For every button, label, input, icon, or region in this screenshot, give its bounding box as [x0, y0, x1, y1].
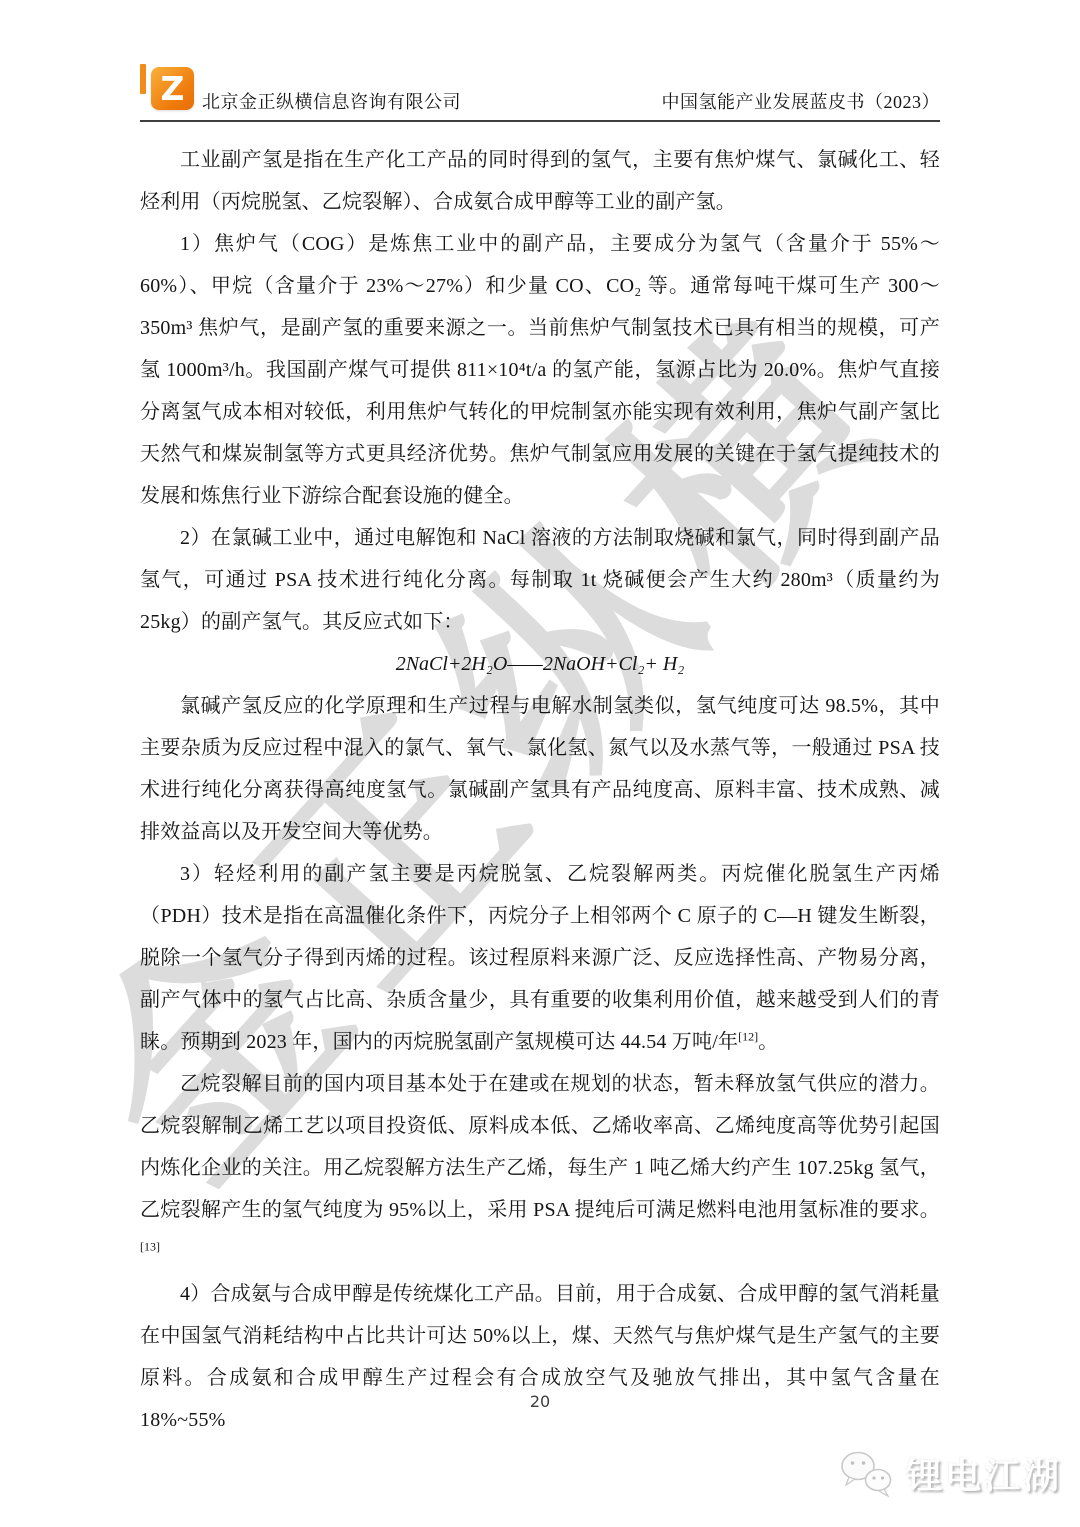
company-name: 北京金正纵横信息咨询有限公司	[202, 88, 461, 116]
paragraph-intro: 工业副产氢是指在生产化工产品的同时得到的氢气，主要有焦炉煤气、氯碱化工、轻烃利用…	[140, 139, 940, 223]
document-title: 中国氢能产业发展蓝皮书（2023）	[662, 88, 941, 116]
paragraph-ethane-cracking-text: 乙烷裂解目前的国内项目基本处于在建或在规划的状态，暂未释放氢气供应的潜力。乙烷裂…	[140, 1073, 940, 1221]
badge-label: 锂电江湖	[906, 1448, 1062, 1499]
company-brand: Z 北京金正纵横信息咨询有限公司	[140, 64, 461, 116]
paragraph-coke-oven-gas: 1）焦炉气（COG）是炼焦工业中的副产品，主要成分为氢气（含量介于 55%～60…	[140, 223, 940, 517]
paragraph-ammonia-methanol: 4）合成氨与合成甲醇是传统煤化工产品。目前，用于合成氨、合成甲醇的氢气消耗量在中…	[140, 1273, 940, 1441]
paragraph-chlor-alkali-hydrogen: 氯碱产氢反应的化学原理和生产过程与电解水制氢类似，氢气纯度可达 98.5%，其中…	[140, 685, 940, 853]
logo-letter: Z	[161, 72, 185, 105]
paragraph-light-hydrocarbon: 3）轻烃利用的副产氢主要是丙烷脱氢、乙烷裂解两类。丙烷催化脱氢生产丙烯（PDH）…	[140, 853, 940, 1063]
page-header: Z 北京金正纵横信息咨询有限公司 中国氢能产业发展蓝皮书（2023）	[140, 64, 940, 122]
document-body: 工业副产氢是指在生产化工产品的同时得到的氢气，主要有焦炉煤气、氯碱化工、轻烃利用…	[140, 139, 940, 1441]
citation-12: [12]	[738, 1029, 758, 1043]
company-logo-icon: Z	[140, 64, 194, 116]
paragraph-ethane-cracking: 乙烷裂解目前的国内项目基本处于在建或在规划的状态，暂未释放氢气供应的潜力。乙烷裂…	[140, 1063, 940, 1273]
page-number: 20	[0, 1392, 1080, 1411]
wechat-icon	[838, 1449, 896, 1499]
chemical-equation: 2NaCl+2H₂O——2NaOH+Cl₂+ H₂	[140, 643, 940, 685]
logo-square-shape: Z	[151, 67, 194, 110]
paragraph-light-hydrocarbon-text: 3）轻烃利用的副产氢主要是丙烷脱氢、乙烷裂解两类。丙烷催化脱氢生产丙烯（PDH）…	[140, 863, 940, 1053]
paragraph-light-hydrocarbon-period: 。	[758, 1031, 778, 1053]
logo-bar-shape	[140, 64, 146, 94]
paragraph-chlor-alkali: 2）在氯碱工业中，通过电解饱和 NaCl 溶液的方法制取烧碱和氯气，同时得到副产…	[140, 517, 940, 643]
citation-13: [13]	[140, 1239, 160, 1253]
wechat-watermark-badge: 锂电江湖	[838, 1448, 1062, 1499]
